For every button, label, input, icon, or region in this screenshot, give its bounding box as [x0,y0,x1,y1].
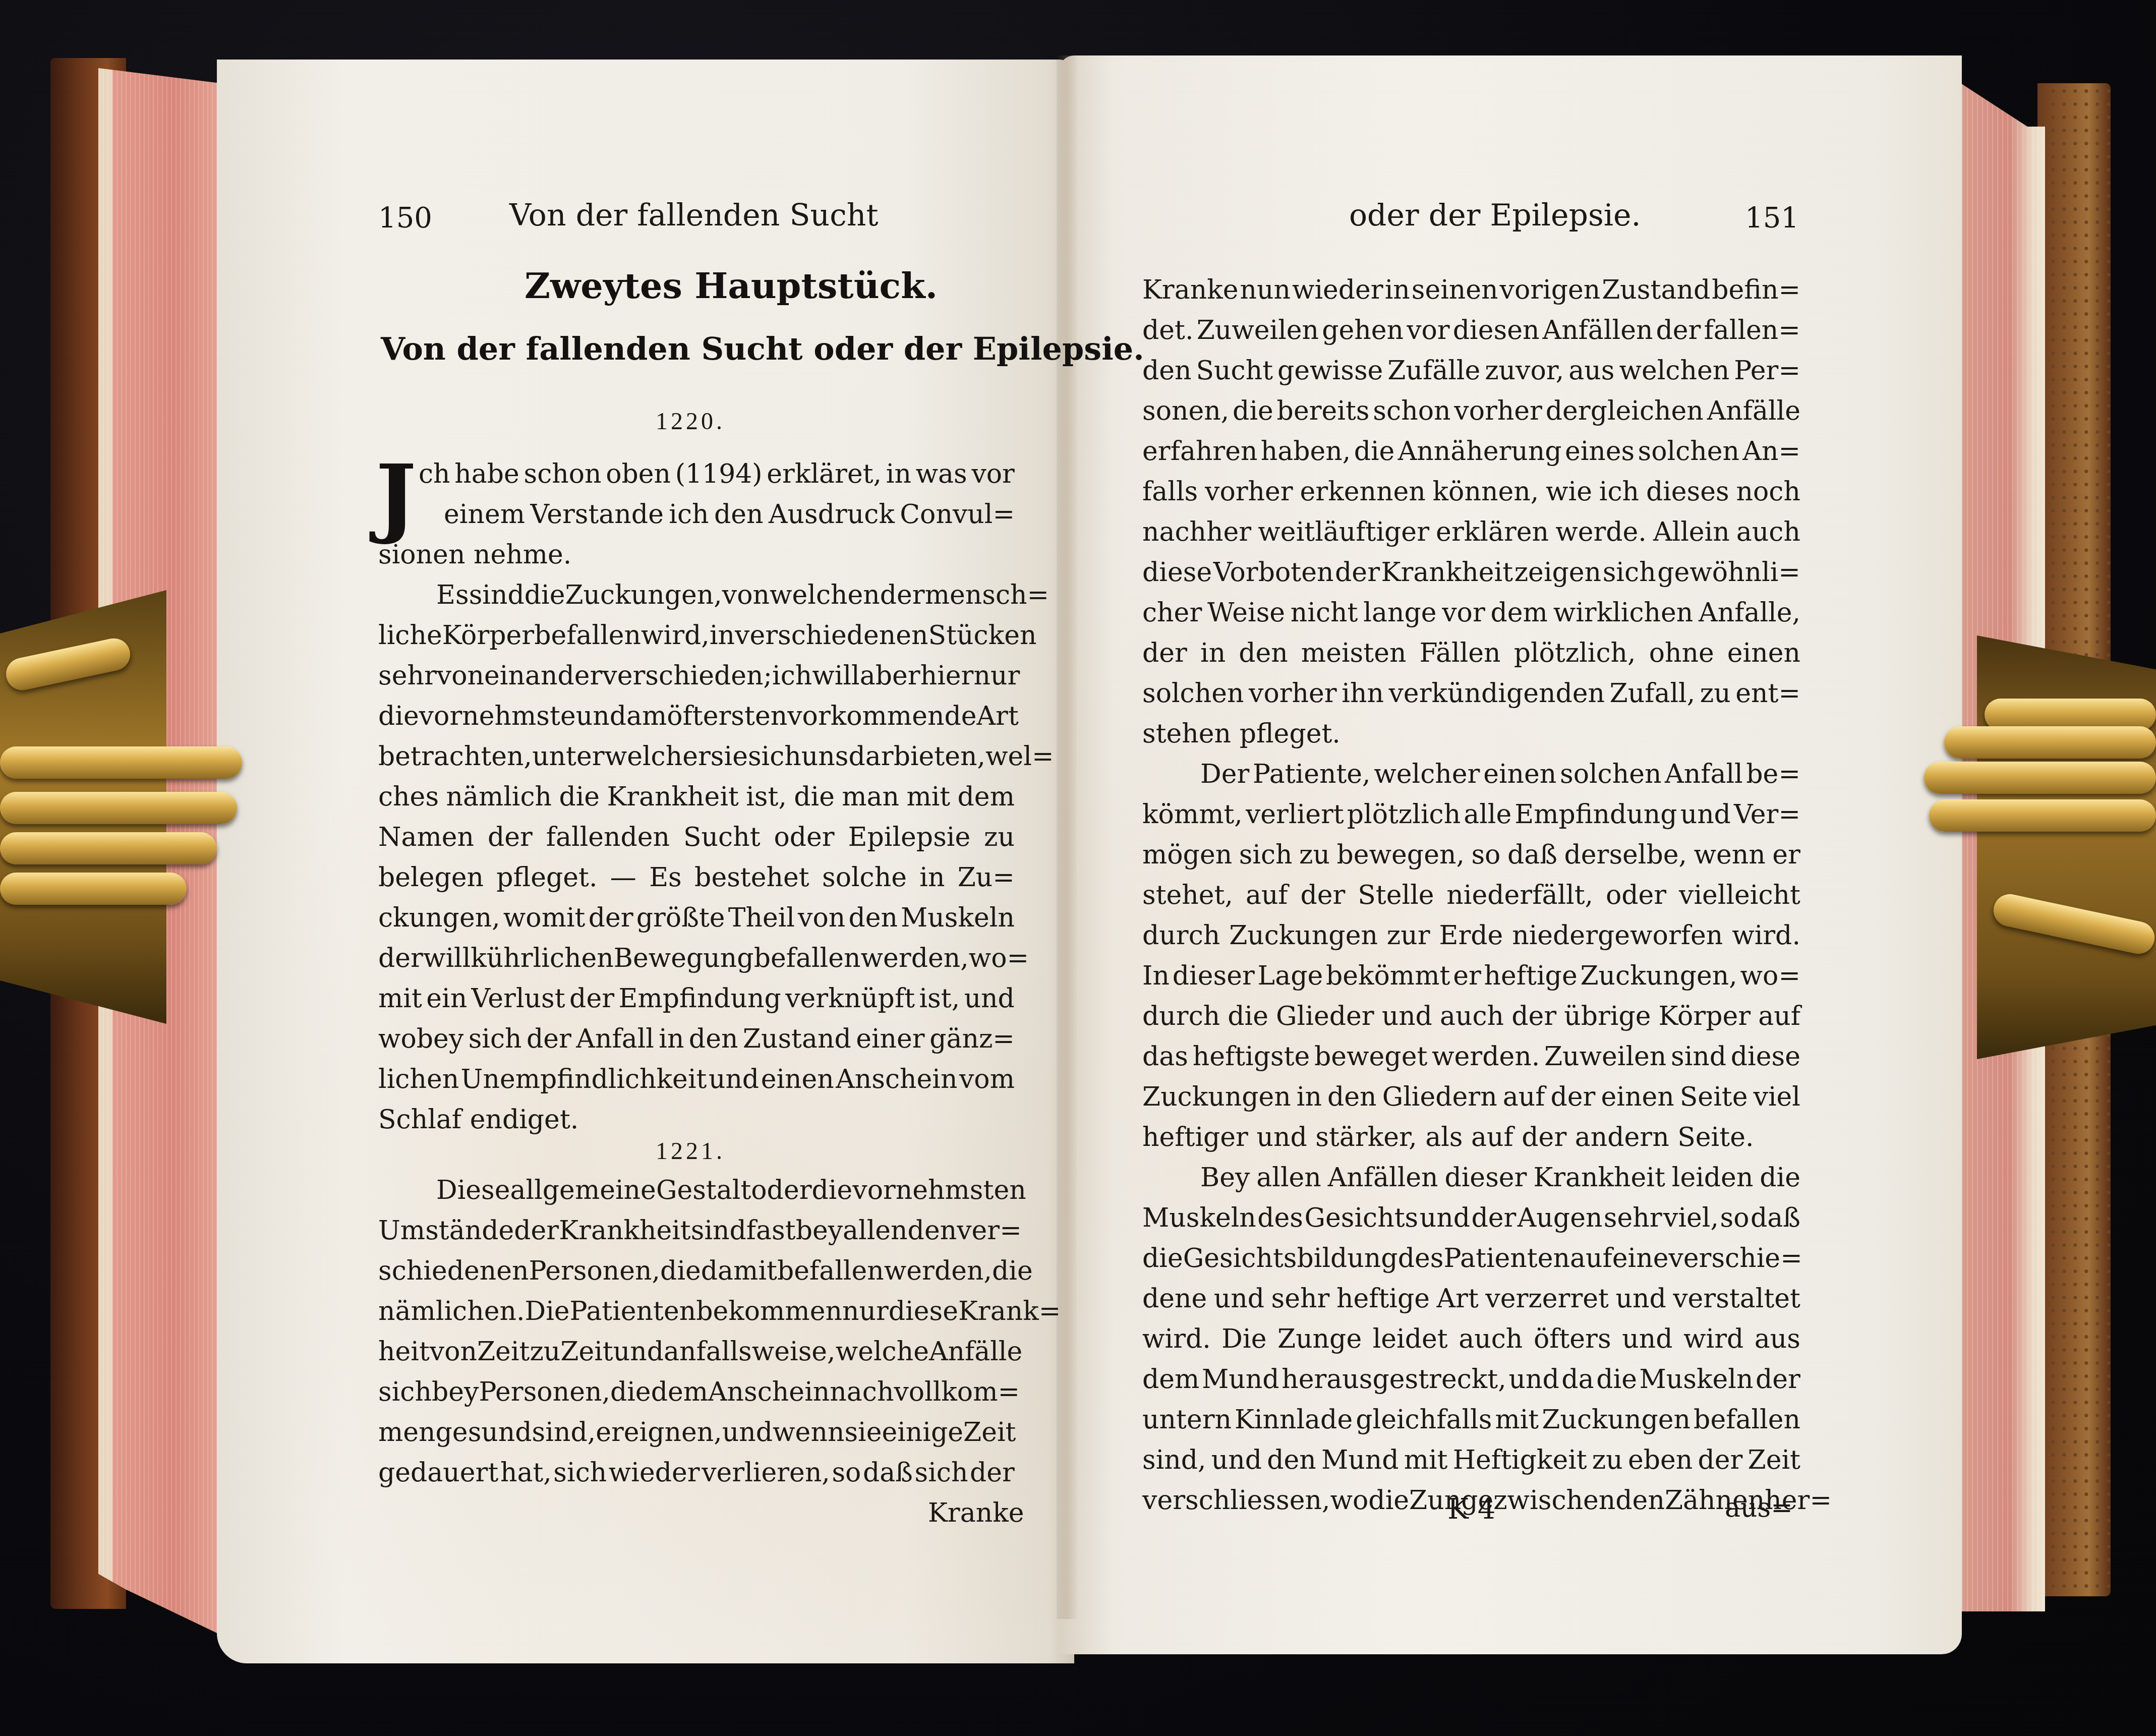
text-line: dieGesichtsbildungdesPatientenaufeinever… [1142,1243,1800,1274]
text-line: BeyallenAnfällendieserKrankheitleidendie [1142,1163,1800,1193]
text-line: derindenmeistenFällenplötzlich,ohneeinen [1142,638,1800,668]
text-line: dasheftigstebewegetwerden.Zuweilensinddi… [1142,1041,1800,1072]
text-line: denSuchtgewisseZufällezuvor,auswelchenPe… [1142,356,1800,386]
text-line: sehrvoneinanderverschieden;ichwillaberhi… [378,661,1015,691]
running-head-left: Von der fallenden Sucht [509,198,879,233]
text-line: einemVerstandeichdenAusdruckConvul= [444,499,1015,530]
text-line: nämlichen.DiePatientenbekommennurdieseKr… [378,1296,1015,1326]
text-line: deneundsehrheftigeArtverzerretundverstal… [1142,1284,1800,1314]
page-number-right: 151 [1745,202,1799,235]
page-number-left: 150 [378,202,432,235]
finger-left-4 [0,873,187,905]
text-line: sind,unddenMundmitHeftigkeitzuebenderZei… [1142,1445,1800,1475]
text-line: ZuckungenindenGliedernaufdereinenSeitevi… [1142,1082,1800,1112]
text-line: Schlaf endiget. [378,1105,1015,1135]
text-line: KrankenunwiederinseinenvorigenZustandbef… [1142,275,1800,305]
text-line: betrachten,unterwelchersiesichunsdarbiet… [378,741,1015,772]
text-line: licheKörperbefallenwird,inverschiedenenS… [378,620,1015,651]
text-line: lichenUnempfindlichkeitundeinenAnscheinv… [378,1064,1015,1094]
text-line: chesnämlichdieKrankheitist,diemanmitdem [378,782,1015,812]
text-line: mögensichzubewegen,sodaßderselbe,wenner [1142,840,1800,870]
text-line: stehen pfleget. [1142,719,1800,749]
text-line: solchenvorherihnverkündigendenZufall,zue… [1142,678,1800,709]
text-line: det.ZuweilengehenvordiesenAnfällenderfal… [1142,315,1800,345]
text-line: durchZuckungenzurErdeniedergeworfenwird. [1142,920,1800,951]
section-number-1221: 1221. [656,1137,725,1165]
text-line: miteinVerlustderEmpfindungverknüpftist,u… [378,983,1015,1014]
section-number-1220: 1220. [656,408,725,435]
catchword-left: Kranke [928,1498,1024,1528]
text-line: fallsvorhererkennenkönnen,wieichdiesesno… [1142,477,1800,507]
text-line: schiedenenPersonen,diedamitbefallenwerde… [378,1256,1015,1286]
text-line: dieseVorbotenderKrankheitzeigensichgewöh… [1142,557,1800,588]
printer-signature: K 4 [1447,1493,1495,1526]
text-line: demMundherausgestreckt,unddadieMuskelnde… [1142,1364,1800,1395]
text-line: erfahrenhaben,dieAnnäherungeinessolchenA… [1142,436,1800,467]
finger-right-3 [1924,762,2156,794]
text-line: gedauerthat,sichwiederverlieren,sodaßsic… [378,1458,1015,1488]
text-line: dievornehmsteundamöfterstenvorkommendeAr… [378,701,1015,731]
text-line: chhabeschonoben(1194)erkläret,inwasvor [419,459,1015,489]
text-line: MuskelndesGesichtsundderAugensehrviel,so… [1142,1203,1800,1233]
text-line: unternKinnladegleichfallsmitZuckungenbef… [1142,1405,1800,1435]
drop-cap: J [376,454,416,540]
text-line: cherWeisenichtlangevordemwirklichenAnfal… [1142,598,1800,628]
text-line: derwillkührlichenBewegungbefallenwerden,… [378,943,1015,973]
text-line: mengesundsind,ereignen,undwennsieeinigeZ… [378,1417,1015,1448]
book-gutter [1057,55,1077,1619]
chapter-subtitle: Von der fallenden Sucht oder der Epileps… [381,330,1144,367]
text-line: DieseallgemeineGestaltoderdievornehmsten [378,1175,1015,1205]
text-line: kömmt,verliertplötzlichalleEmpfindungund… [1142,799,1800,830]
text-line: sionen nehme. [378,540,1015,570]
text-line: NamenderfallendenSuchtoderEpilepsiezu [378,822,1015,852]
text-line: nachherweitläuftigererklärenwerde.Allein… [1142,517,1800,547]
finger-left-2 [0,792,237,824]
text-line: UmständederKrankheitsindfastbeyallendenv… [378,1216,1015,1246]
finger-left-1 [0,746,242,779]
text-line: EssinddieZuckungen,vonwelchendermensch= [378,580,1015,610]
text-line: IndieserLagebekömmterheftigeZuckungen,wo… [1142,961,1800,991]
text-line: durchdieGliederundauchderübrigeKörperauf [1142,1001,1800,1031]
chapter-title: Zweytes Hauptstück. [525,265,938,307]
catchword-right: aus= [1725,1493,1793,1523]
finger-right-4 [1929,799,2156,832]
text-line: stehet,aufderStelleniederfällt,oderviell… [1142,880,1800,910]
text-line: belegenpfleget.—EsbestehetsolcheinZu= [378,862,1015,893]
text-line: heitvonZeitzuZeitundanfallsweise,welcheA… [378,1337,1015,1367]
text-line: ckungen,womitdergrößteTheilvondenMuskeln [378,903,1015,933]
running-head-right: oder der Epilepsie. [1349,198,1641,233]
text-line: wird.DieZungeleidetauchöftersundwirdaus [1142,1324,1800,1354]
finger-right-2 [1944,726,2156,759]
text-line: DerPatiente,welchereinensolchenAnfallbe= [1142,759,1800,789]
text-line: sonen,diebereitsschonvorherdergleichenAn… [1142,396,1800,426]
text-line: heftiger und stärker, als auf der andern… [1142,1122,1800,1152]
text-line: wobeysichderAnfallindenZustandeinergänz= [378,1024,1015,1054]
text-line: sichbeyPersonen,diedemAnscheinnachvollko… [378,1377,1015,1407]
finger-left-3 [0,832,217,864]
